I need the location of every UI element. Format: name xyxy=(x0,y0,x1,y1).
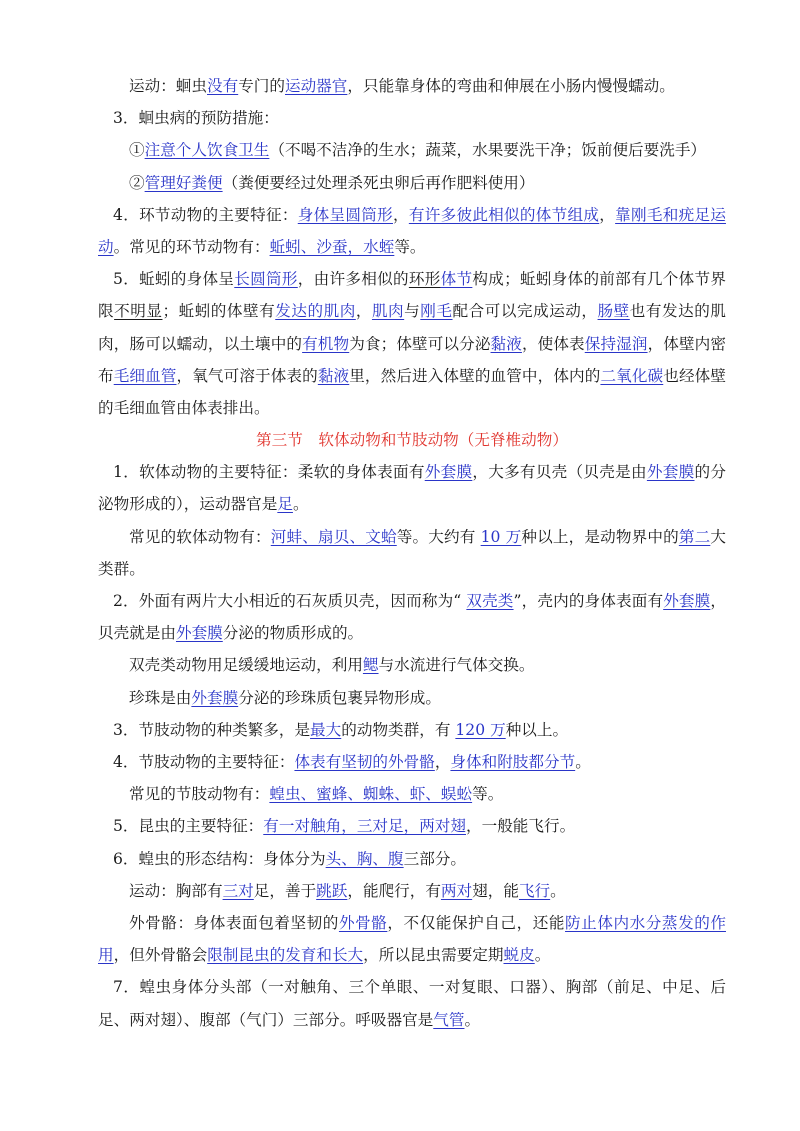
text-run: ， xyxy=(435,753,451,771)
text-run: ；蚯蚓的体壁有 xyxy=(162,302,275,320)
paragraph-p5: 4．环节动物的主要特征：身体呈圆筒形，有许多彼此相似的体节组成，靠刚毛和疣足运动… xyxy=(98,199,726,263)
paragraph-q7: 4．节肢动物的主要特征：体表有坚韧的外骨骼，身体和附肢都分节。 xyxy=(98,746,726,778)
keyword-link[interactable]: 保持湿润 xyxy=(585,335,648,353)
text-run: 。 xyxy=(535,946,551,964)
text-run: 与水流进行气体交换。 xyxy=(379,656,535,674)
text-run: ② xyxy=(129,174,145,192)
paragraph-p1: 运动：蛔虫没有专门的运动器官，只能靠身体的弯曲和伸展在小肠内慢慢蠕动。 xyxy=(98,70,726,102)
text-run: ， xyxy=(393,206,409,224)
keyword-link[interactable]: 肌肉 xyxy=(372,302,404,320)
paragraph-q12: 外骨骼：身体表面包着坚韧的外骨骼，不仅能保护自己，还能防止体内水分蒸发的作用，但… xyxy=(98,907,726,971)
text-run: ， xyxy=(356,302,372,320)
text-run: 专门的 xyxy=(238,77,285,95)
keyword-link[interactable]: 外套膜 xyxy=(425,463,473,481)
text-run: 常见的软体动物有： xyxy=(129,528,271,546)
paragraph-q5: 珍珠是由外套膜分泌的珍珠质包裹异物形成。 xyxy=(98,682,726,714)
text-run: 。常见的环节动物有： xyxy=(114,238,270,256)
text-run: ，氧气可溶于体表的 xyxy=(177,367,318,385)
text-run: 3．蛔虫病的预防措施： xyxy=(113,109,279,127)
keyword-link[interactable]: 有机物 xyxy=(302,335,349,353)
text-run: 。 xyxy=(464,1011,480,1029)
keyword-link[interactable]: 刚毛 xyxy=(420,302,452,320)
keyword-link[interactable]: 外套膜 xyxy=(176,624,223,642)
text-run: 为食；体壁可以分泌 xyxy=(349,335,490,353)
paragraph-p6: 5．蚯蚓的身体呈长圆筒形，由许多相似的环形体节构成；蚯蚓身体的前部有几个体节界限… xyxy=(98,263,726,424)
keyword-link[interactable]: 有许多彼此相似的体节组成 xyxy=(409,206,599,224)
keyword-link[interactable]: 蜕皮 xyxy=(504,946,535,964)
keyword-link[interactable]: 头、胸、腹 xyxy=(326,850,404,868)
keyword-link[interactable]: 外骨骼 xyxy=(339,914,387,932)
keyword-link[interactable]: 体节 xyxy=(441,270,473,288)
keyword-link[interactable]: 毛细血管 xyxy=(114,367,177,385)
text-run: 外骨骼：身体表面包着坚韧的 xyxy=(129,914,339,932)
keyword-link[interactable]: 黏液 xyxy=(491,335,522,353)
text-run: （不喝不洁净的生水；蔬菜，水果要洗干净；饭前便后要洗手） xyxy=(269,141,706,159)
section-heading: 第三节 软体动物和节肢动物（无脊椎动物） xyxy=(98,424,726,456)
text-run: 常见的节肢动物有： xyxy=(129,785,269,803)
keyword-link[interactable]: 最大 xyxy=(310,721,341,739)
text-run: ”，壳内的身体表面有 xyxy=(514,592,664,610)
document-page: 运动：蛔虫没有专门的运动器官，只能靠身体的弯曲和伸展在小肠内慢慢蠕动。3．蛔虫病… xyxy=(98,70,726,1036)
paragraph-p3: ①注意个人饮食卫生（不喝不洁净的生水；蔬菜，水果要洗干净；饭前便后要洗手） xyxy=(98,134,726,166)
text-run: 7．蝗虫身体分头部（一对触角、三个单眼、一对复眼、口器）、胸部（前足、中足、后足… xyxy=(98,978,726,1028)
text-run: 5．蚯蚓的身体呈 xyxy=(113,270,234,288)
text-run: ，但外骨骼会 xyxy=(114,946,208,964)
keyword-link[interactable]: 体表有坚韧的外骨骼 xyxy=(294,753,434,771)
keyword-link[interactable]: 跳跃 xyxy=(316,882,347,900)
text-run: ， xyxy=(599,206,615,224)
keyword-link[interactable]: 飞行 xyxy=(519,882,550,900)
text-run: 6．蝗虫的形态结构：身体分为 xyxy=(113,850,326,868)
keyword-link[interactable]: 长圆筒形 xyxy=(234,270,297,288)
keyword-link[interactable]: 外套膜 xyxy=(647,463,695,481)
text-run: 。 xyxy=(575,753,591,771)
paragraph-q1: 1．软体动物的主要特征：柔软的身体表面有外套膜，大多有贝壳（贝壳是由外套膜的分泌… xyxy=(98,456,726,520)
keyword-link[interactable]: 管理好粪便 xyxy=(145,174,223,192)
text-run: 配合可以完成运动， xyxy=(453,302,598,320)
paragraph-q2: 常见的软体动物有：河蚌、扇贝、文蛤等。大约有 10 万种以上，是动物界中的第二大… xyxy=(98,521,726,585)
text-run: 运动：胸部有 xyxy=(129,882,223,900)
paragraph-p4: ②管理好粪便（粪便要经过处理杀死虫卵后再作肥料使用） xyxy=(98,167,726,199)
text-run: 1．软体动物的主要特征：柔软的身体表面有 xyxy=(113,463,425,481)
keyword-link[interactable]: 河蚌、扇贝、文蛤 xyxy=(271,528,397,546)
text-run: ，大多有贝壳（贝壳是由 xyxy=(472,463,647,481)
text-run: ，由许多相似的 xyxy=(298,270,409,288)
keyword-link[interactable]: 气管 xyxy=(433,1011,464,1029)
text-run: 双壳类动物用足缓缓地运动，利用 xyxy=(129,656,363,674)
keyword-link[interactable]: 没有 xyxy=(207,77,238,95)
keyword-link[interactable]: 蚯蚓、沙蚕，水蛭 xyxy=(270,238,395,256)
keyword-link[interactable]: 蝗虫、蜜蜂、蜘蛛、虾、蜈蚣 xyxy=(269,785,472,803)
text-run: ，能爬行，有 xyxy=(347,882,441,900)
text-run: ，不仅能保护自己，还能 xyxy=(387,914,565,932)
text-run: ① xyxy=(129,141,145,159)
text-run: 分泌的珍珠质包裹异物形成。 xyxy=(238,689,441,707)
text-run: 运动：蛔虫 xyxy=(129,77,207,95)
section-mollusc-arthropod: 1．软体动物的主要特征：柔软的身体表面有外套膜，大多有贝壳（贝壳是由外套膜的分泌… xyxy=(98,456,726,1036)
keyword-link[interactable]: 外套膜 xyxy=(663,592,710,610)
keyword-link[interactable]: 有一对触角，三对足，两对翅 xyxy=(263,817,466,835)
paragraph-q13: 7．蝗虫身体分头部（一对触角、三个单眼、一对复眼、口器）、胸部（前足、中足、后足… xyxy=(98,971,726,1035)
text-run: 珍珠是由 xyxy=(129,689,191,707)
keyword-link[interactable]: 足 xyxy=(277,495,293,513)
paragraph-q9: 5．昆虫的主要特征：有一对触角，三对足，两对翅，一般能飞行。 xyxy=(98,810,726,842)
keyword-link[interactable]: 10 万 xyxy=(481,528,522,546)
text-run: 种以上，是动物界中的 xyxy=(521,528,679,546)
keyword-link[interactable]: 第二 xyxy=(679,528,711,546)
paragraph-q11: 运动：胸部有三对足，善于跳跃，能爬行，有两对翅，能飞行。 xyxy=(98,875,726,907)
keyword-link[interactable]: 发达的肌肉 xyxy=(275,302,356,320)
text-run: 。 xyxy=(293,495,309,513)
paragraph-q3: 2．外面有两片大小相近的石灰质贝壳，因而称为“ 双壳类”，壳内的身体表面有外套膜… xyxy=(98,585,726,649)
text-run: 翅，能 xyxy=(472,882,519,900)
text-run: ，所以昆虫需要定期 xyxy=(363,946,503,964)
underlined-term: 不明显 xyxy=(114,302,162,320)
text-run: 等。 xyxy=(472,785,503,803)
text-run: （粪便要经过处理杀死虫卵后再作肥料使用） xyxy=(223,174,535,192)
keyword-link[interactable]: 身体和附肢都分节 xyxy=(450,753,575,771)
text-run: 三部分。 xyxy=(404,850,466,868)
text-run: 3．节肢动物的种类繁多，是 xyxy=(113,721,310,739)
text-run: 等。 xyxy=(394,238,425,256)
keyword-link[interactable]: 注意个人饮食卫生 xyxy=(145,141,270,159)
paragraph-q8: 常见的节肢动物有：蝗虫、蜜蜂、蜘蛛、虾、蜈蚣等。 xyxy=(98,778,726,810)
paragraph-q4: 双壳类动物用足缓缓地运动，利用鳃与水流进行气体交换。 xyxy=(98,649,726,681)
text-run: 。 xyxy=(550,882,566,900)
text-run: 与 xyxy=(404,302,420,320)
paragraph-q6: 3．节肢动物的种类繁多，是最大的动物类群，有 120 万种以上。 xyxy=(98,714,726,746)
text-run: ，一般能飞行。 xyxy=(466,817,575,835)
text-run: 2．外面有两片大小相近的石灰质贝壳，因而称为“ xyxy=(113,592,466,610)
underlined-term: 环形 xyxy=(409,270,441,288)
keyword-link[interactable]: 外套膜 xyxy=(191,689,238,707)
paragraph-p2: 3．蛔虫病的预防措施： xyxy=(98,102,726,134)
keyword-link[interactable]: 限制昆虫的发育和长大 xyxy=(207,946,363,964)
text-run: 4．节肢动物的主要特征： xyxy=(113,753,294,771)
text-run: 里，然后进入体壁的血管中，体内的 xyxy=(349,367,600,385)
text-run: 4．环节动物的主要特征： xyxy=(113,206,298,224)
keyword-link[interactable]: 肠壁 xyxy=(598,302,630,320)
keyword-link[interactable]: 三对 xyxy=(223,882,254,900)
keyword-link[interactable]: 120 万 xyxy=(455,721,505,739)
text-run: ，只能靠身体的弯曲和伸展在小肠内慢慢蠕动。 xyxy=(347,77,674,95)
keyword-link[interactable]: 身体呈圆筒形 xyxy=(298,206,393,224)
text-run: 分泌的物质形成的。 xyxy=(223,624,363,642)
text-run: 等。大约有 xyxy=(397,528,481,546)
paragraph-q10: 6．蝗虫的形态结构：身体分为头、胸、腹三部分。 xyxy=(98,843,726,875)
keyword-link[interactable]: 二氧化碳 xyxy=(600,367,663,385)
text-run: 足，善于 xyxy=(254,882,316,900)
text-run: 的动物类群，有 xyxy=(341,721,455,739)
text-run: ，使体表 xyxy=(522,335,585,353)
text-run: 5．昆虫的主要特征： xyxy=(113,817,263,835)
text-run: 种以上。 xyxy=(506,721,568,739)
keyword-link[interactable]: 鳃 xyxy=(363,656,379,674)
keyword-link[interactable]: 双壳类 xyxy=(466,592,513,610)
keyword-link[interactable]: 黏液 xyxy=(318,367,349,385)
keyword-link[interactable]: 运动器官 xyxy=(285,77,347,95)
section-roundworm-annelid: 运动：蛔虫没有专门的运动器官，只能靠身体的弯曲和伸展在小肠内慢慢蠕动。3．蛔虫病… xyxy=(98,70,726,424)
keyword-link[interactable]: 两对 xyxy=(441,882,472,900)
